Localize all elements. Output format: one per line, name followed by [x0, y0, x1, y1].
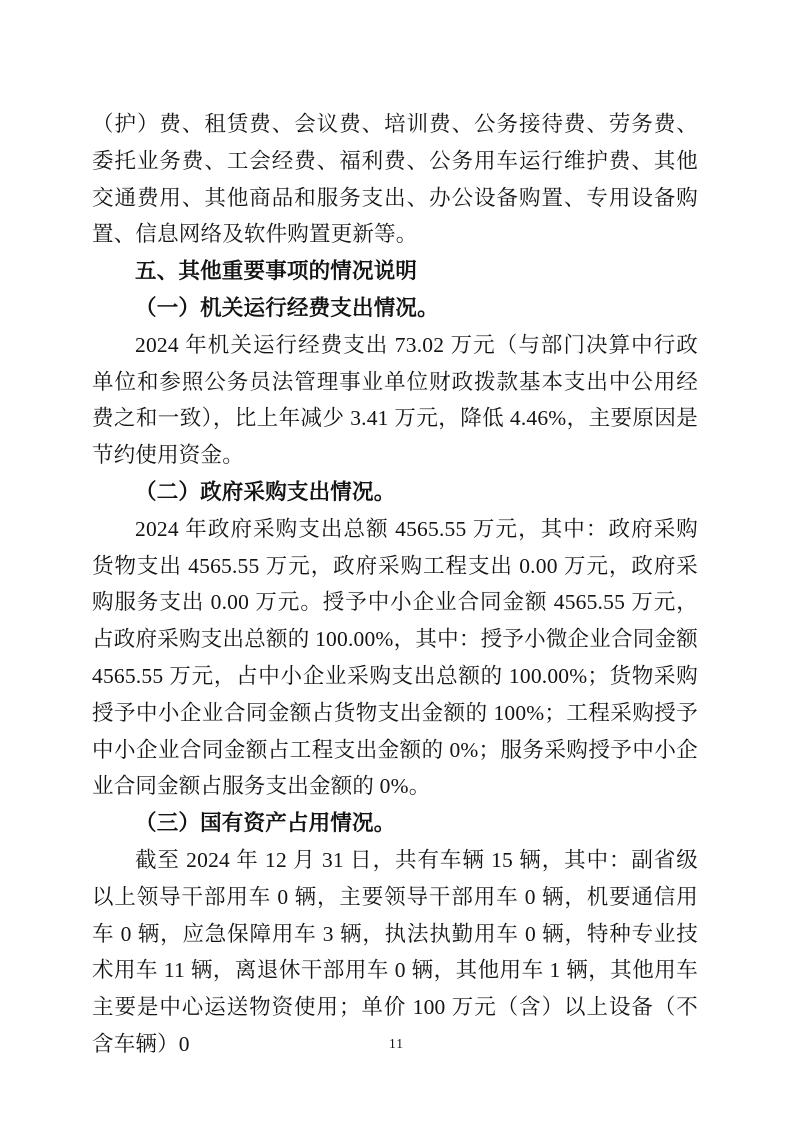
paragraph-state-owned-assets: 截至 2024 年 12 月 31 日，共有车辆 15 辆，其中：副省级以上领导…: [92, 842, 698, 1063]
subsection-heading-government-procurement: （二）政府采购支出情况。: [92, 474, 698, 511]
section-heading-other-important-matters: 五、其他重要事项的情况说明: [92, 253, 698, 290]
subsection-heading-agency-operating-expense: （一）机关运行经费支出情况。: [92, 290, 698, 327]
paragraph-agency-operating-expense: 2024 年机关运行经费支出 73.02 万元（与部门决算中行政单位和参照公务员…: [92, 327, 698, 474]
paragraph-expense-items-continuation: （护）费、租赁费、会议费、培训费、公务接待费、劳务费、委托业务费、工会经费、福利…: [92, 106, 698, 253]
page-number: 11: [0, 1036, 793, 1052]
paragraph-government-procurement: 2024 年政府采购支出总额 4565.55 万元，其中：政府采购货物支出 45…: [92, 511, 698, 805]
document-page: （护）费、租赁费、会议费、培训费、公务接待费、劳务费、委托业务费、工会经费、福利…: [0, 0, 793, 1122]
subsection-heading-state-owned-assets: （三）国有资产占用情况。: [92, 805, 698, 842]
page-body: （护）费、租赁费、会议费、培训费、公务接待费、劳务费、委托业务费、工会经费、福利…: [92, 106, 698, 1063]
